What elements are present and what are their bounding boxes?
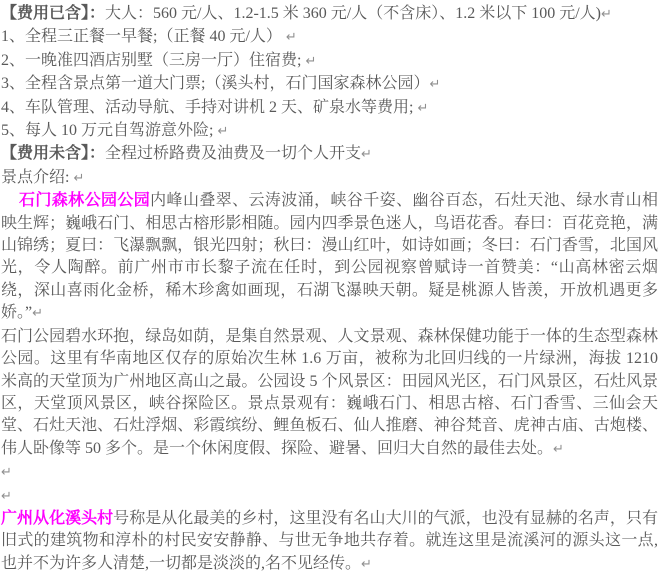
- text-run: 5、每人 10 万元自驾游意外险;: [1, 122, 217, 139]
- paragraph-mark-icon: ↵: [361, 557, 372, 572]
- text-run: 全程过桥路费及油费及一切个人开支: [105, 145, 361, 162]
- paragraph: 【费用已含】：大人：560 元/人、1.2-1.5 米 360 元/人（不含床）…: [1, 3, 658, 26]
- section-heading: 石门森林公园公园: [19, 192, 150, 209]
- paragraph-mark-icon: ↵: [286, 30, 297, 45]
- text-run: 3、全程含景点第一道大门票;（溪头村，石门国家森林公园）: [1, 75, 429, 92]
- paragraph-mark-icon: ↵: [32, 306, 43, 321]
- text-run: 4、车队管理、活动导航、手持对讲机 2 天、矿泉水等费用;: [1, 99, 417, 116]
- paragraph-mark-icon: ↵: [305, 54, 316, 69]
- text-run: 【费用未含】：: [1, 145, 105, 162]
- paragraph: ↵: [1, 461, 658, 484]
- paragraph: ↵: [1, 485, 658, 508]
- paragraph: 2、一晚准四酒店别墅（三房一厅）住宿费; ↵: [1, 50, 658, 73]
- paragraph-mark-icon: ↵: [553, 442, 564, 457]
- text-run: 1、全程三正餐一早餐;（正餐 40 元/人）: [1, 28, 286, 45]
- paragraph: 1、全程三正餐一早餐;（正餐 40 元/人） ↵: [1, 26, 658, 49]
- paragraph-mark-icon: ↵: [217, 124, 228, 139]
- document-body: 【费用已含】：大人：560 元/人、1.2-1.5 米 360 元/人（不含床）…: [0, 0, 660, 574]
- paragraph-mark-icon: ↵: [361, 147, 372, 162]
- paragraph: 石门公园碧水环抱，绿岛如荫，是集自然景观、人文景观、森林保健功能于一体的生态型森…: [1, 326, 658, 461]
- paragraph-mark-icon: ↵: [1, 489, 12, 504]
- paragraph-mark-icon: ↵: [429, 77, 440, 92]
- paragraph-mark-icon: ↵: [1, 465, 12, 480]
- section-heading: 广州从化溪头村: [1, 510, 113, 527]
- text-run: 大人：560 元/人、1.2-1.5 米 360 元/人（不含床）、1.2 米以…: [105, 5, 601, 22]
- text-run: 2、一晚准四酒店别墅（三房一厅）住宿费;: [1, 52, 305, 69]
- text-run: 【费用已含】：: [1, 5, 105, 22]
- text-run: 石门公园碧水环抱，绿岛如荫，是集自然景观、人文景观、森林保健功能于一体的生态型森…: [1, 328, 658, 457]
- paragraph-mark-icon: ↵: [417, 101, 428, 116]
- paragraph: 5、每人 10 万元自驾游意外险; ↵: [1, 120, 658, 143]
- paragraph: 3、全程含景点第一道大门票;（溪头村，石门国家森林公园）↵: [1, 73, 658, 96]
- text-run: 景点介绍:: [1, 169, 73, 186]
- paragraph: 4、车队管理、活动导航、手持对讲机 2 天、矿泉水等费用; ↵: [1, 97, 658, 120]
- text-run: 内峰山叠翠、云涛波涌，峡谷千姿、幽谷百态，石灶天池、绿水青山相映生辉；巍峨石门、…: [1, 192, 658, 321]
- paragraph-mark-icon: ↵: [601, 7, 612, 22]
- paragraph: 景点介绍: ↵: [1, 167, 658, 190]
- paragraph: 【费用未含】：全程过桥路费及油费及一切个人开支↵: [1, 143, 658, 166]
- paragraph: 石门森林公园公园内峰山叠翠、云涛波涌，峡谷千姿、幽谷百态，石灶天池、绿水青山相映…: [1, 190, 658, 325]
- paragraph-mark-icon: ↵: [73, 171, 84, 186]
- paragraph: 广州从化溪头村号称是从化最美的乡村，这里没有名山大川的气派，也没有显赫的名声，只…: [1, 508, 658, 574]
